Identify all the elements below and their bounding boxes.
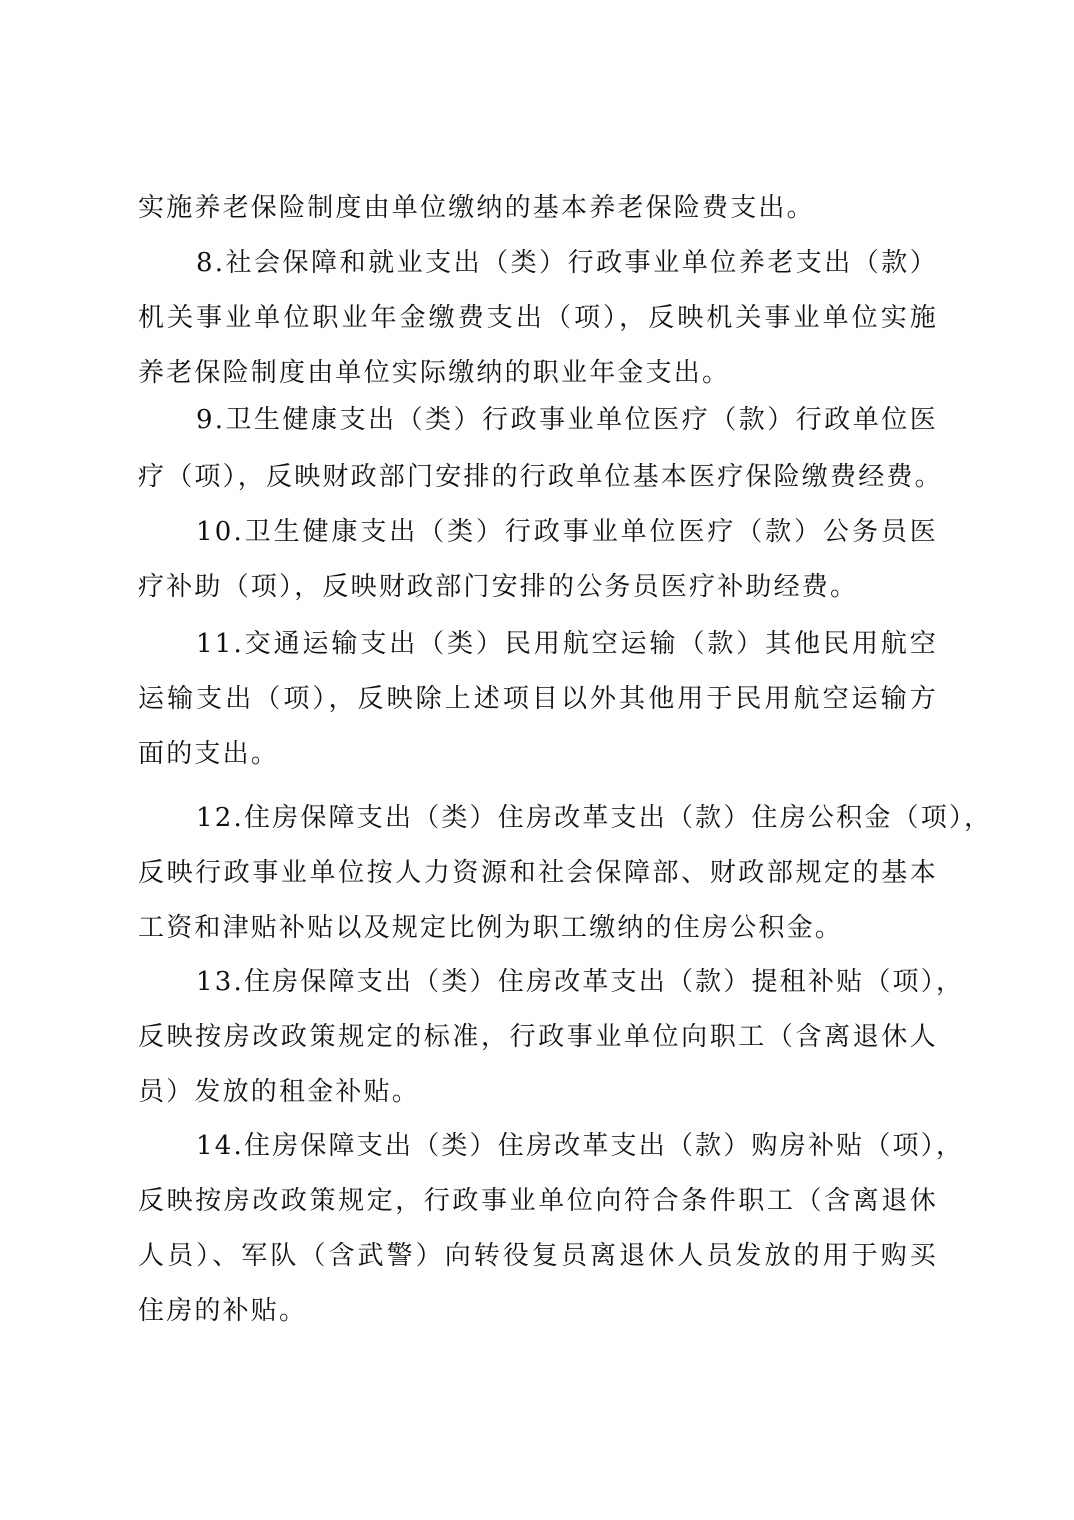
item-11-line-2: 运输支出（项），反映除上述项目以外其他用于民用航空运输方: [138, 679, 938, 719]
item-10-line-2: 疗补助（项），反映财政部门安排的公务员医疗补助经费。: [138, 567, 938, 607]
document-page: 实施养老保险制度由单位缴纳的基本养老保险费支出。 8.社会保障和就业支出（类）行…: [0, 0, 1074, 1520]
item-14-line-4: 住房的补贴。: [138, 1291, 938, 1331]
item-14-line-2: 反映按房改政策规定，行政事业单位向符合条件职工（含离退休: [138, 1181, 938, 1221]
item-13-line-3: 员）发放的租金补贴。: [138, 1072, 938, 1112]
item-8-line-2: 机关事业单位职业年金缴费支出（项），反映机关事业单位实施: [138, 298, 938, 338]
item-13-line-2: 反映按房改政策规定的标准，行政事业单位向职工（含离退休人: [138, 1017, 938, 1057]
item-9-line-1: 9.卫生健康支出（类）行政事业单位医疗（款）行政单位医: [196, 400, 938, 440]
item-9-line-2: 疗（项），反映财政部门安排的行政单位基本医疗保险缴费经费。: [138, 457, 938, 497]
item-11-line-3: 面的支出。: [138, 734, 938, 774]
continuation-line-item-7: 实施养老保险制度由单位缴纳的基本养老保险费支出。: [138, 188, 938, 228]
item-10-line-1: 10.卫生健康支出（类）行政事业单位医疗（款）公务员医: [196, 512, 938, 552]
item-11-line-1: 11.交通运输支出（类）民用航空运输（款）其他民用航空: [196, 624, 938, 664]
item-8-line-3: 养老保险制度由单位实际缴纳的职业年金支出。: [138, 353, 938, 393]
item-12-line-2: 反映行政事业单位按人力资源和社会保障部、财政部规定的基本: [138, 853, 938, 893]
item-8-line-1: 8.社会保障和就业支出（类）行政事业单位养老支出（款）: [196, 243, 938, 283]
item-14-line-1: 14.住房保障支出（类）住房改革支出（款）购房补贴（项），: [196, 1126, 938, 1166]
item-12-line-3: 工资和津贴补贴以及规定比例为职工缴纳的住房公积金。: [138, 908, 938, 948]
item-12-line-1: 12.住房保障支出（类）住房改革支出（款）住房公积金（项），: [196, 798, 938, 838]
item-14-line-3: 人员）、军队（含武警）向转役复员离退休人员发放的用于购买: [138, 1236, 938, 1276]
item-13-line-1: 13.住房保障支出（类）住房改革支出（款）提租补贴（项），: [196, 962, 938, 1002]
